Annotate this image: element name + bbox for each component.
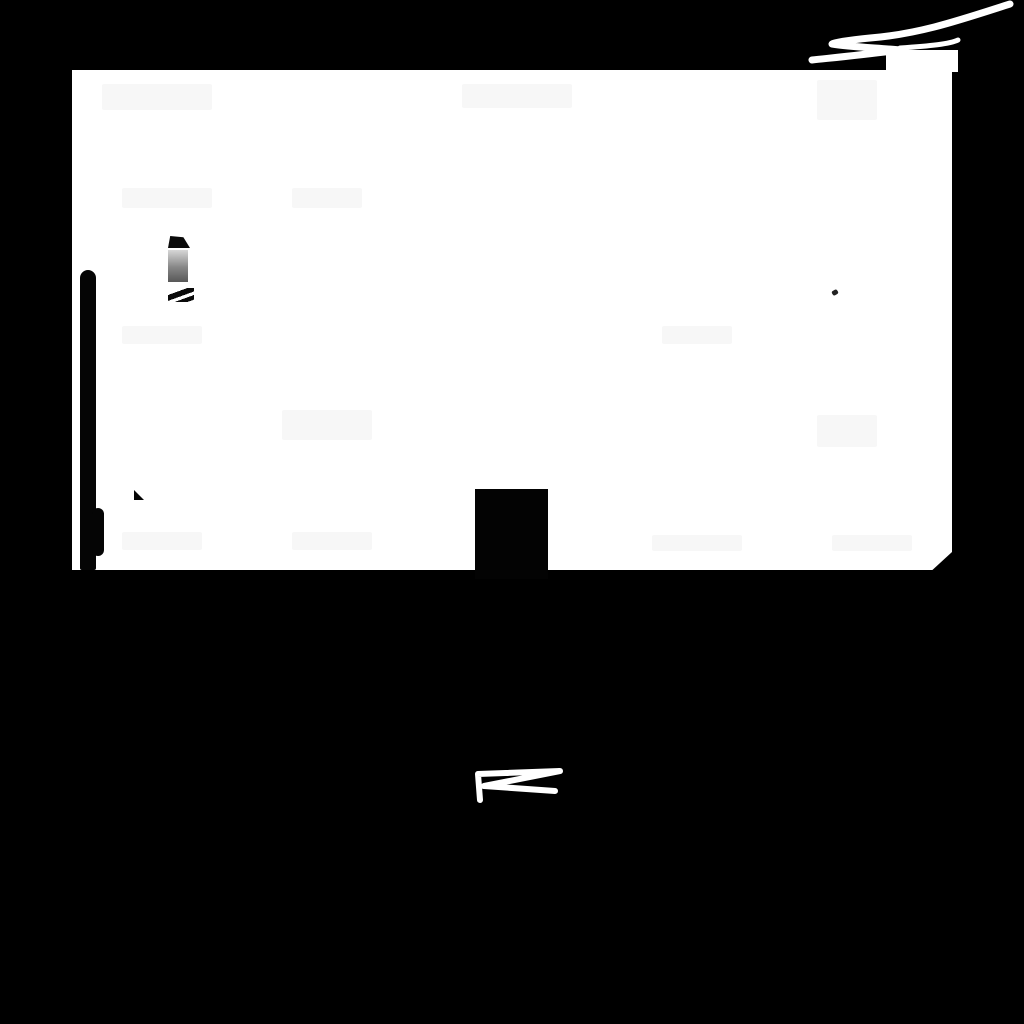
- dark-mark: [168, 288, 194, 302]
- ghost-block: [817, 415, 877, 447]
- screen-corner-tab: [886, 50, 958, 72]
- gray-smudge: [168, 250, 188, 282]
- left-dark-stroke-bulge: [92, 508, 104, 556]
- ghost-block: [462, 84, 572, 108]
- ghost-block: [662, 326, 732, 344]
- ghost-block: [292, 532, 372, 550]
- ghost-block: [292, 188, 362, 208]
- ghost-block: [652, 535, 742, 551]
- ghost-block: [122, 326, 202, 344]
- ghost-block: [832, 535, 912, 551]
- ghost-block: [122, 188, 212, 208]
- ghost-block: [102, 84, 212, 110]
- cursor-triangle-mark: [134, 490, 144, 500]
- ghost-block: [282, 410, 372, 440]
- ghost-block: [122, 532, 202, 550]
- ghost-block: [817, 80, 877, 120]
- dark-stand-notch: [475, 489, 548, 579]
- photo-scene: [0, 0, 1024, 1024]
